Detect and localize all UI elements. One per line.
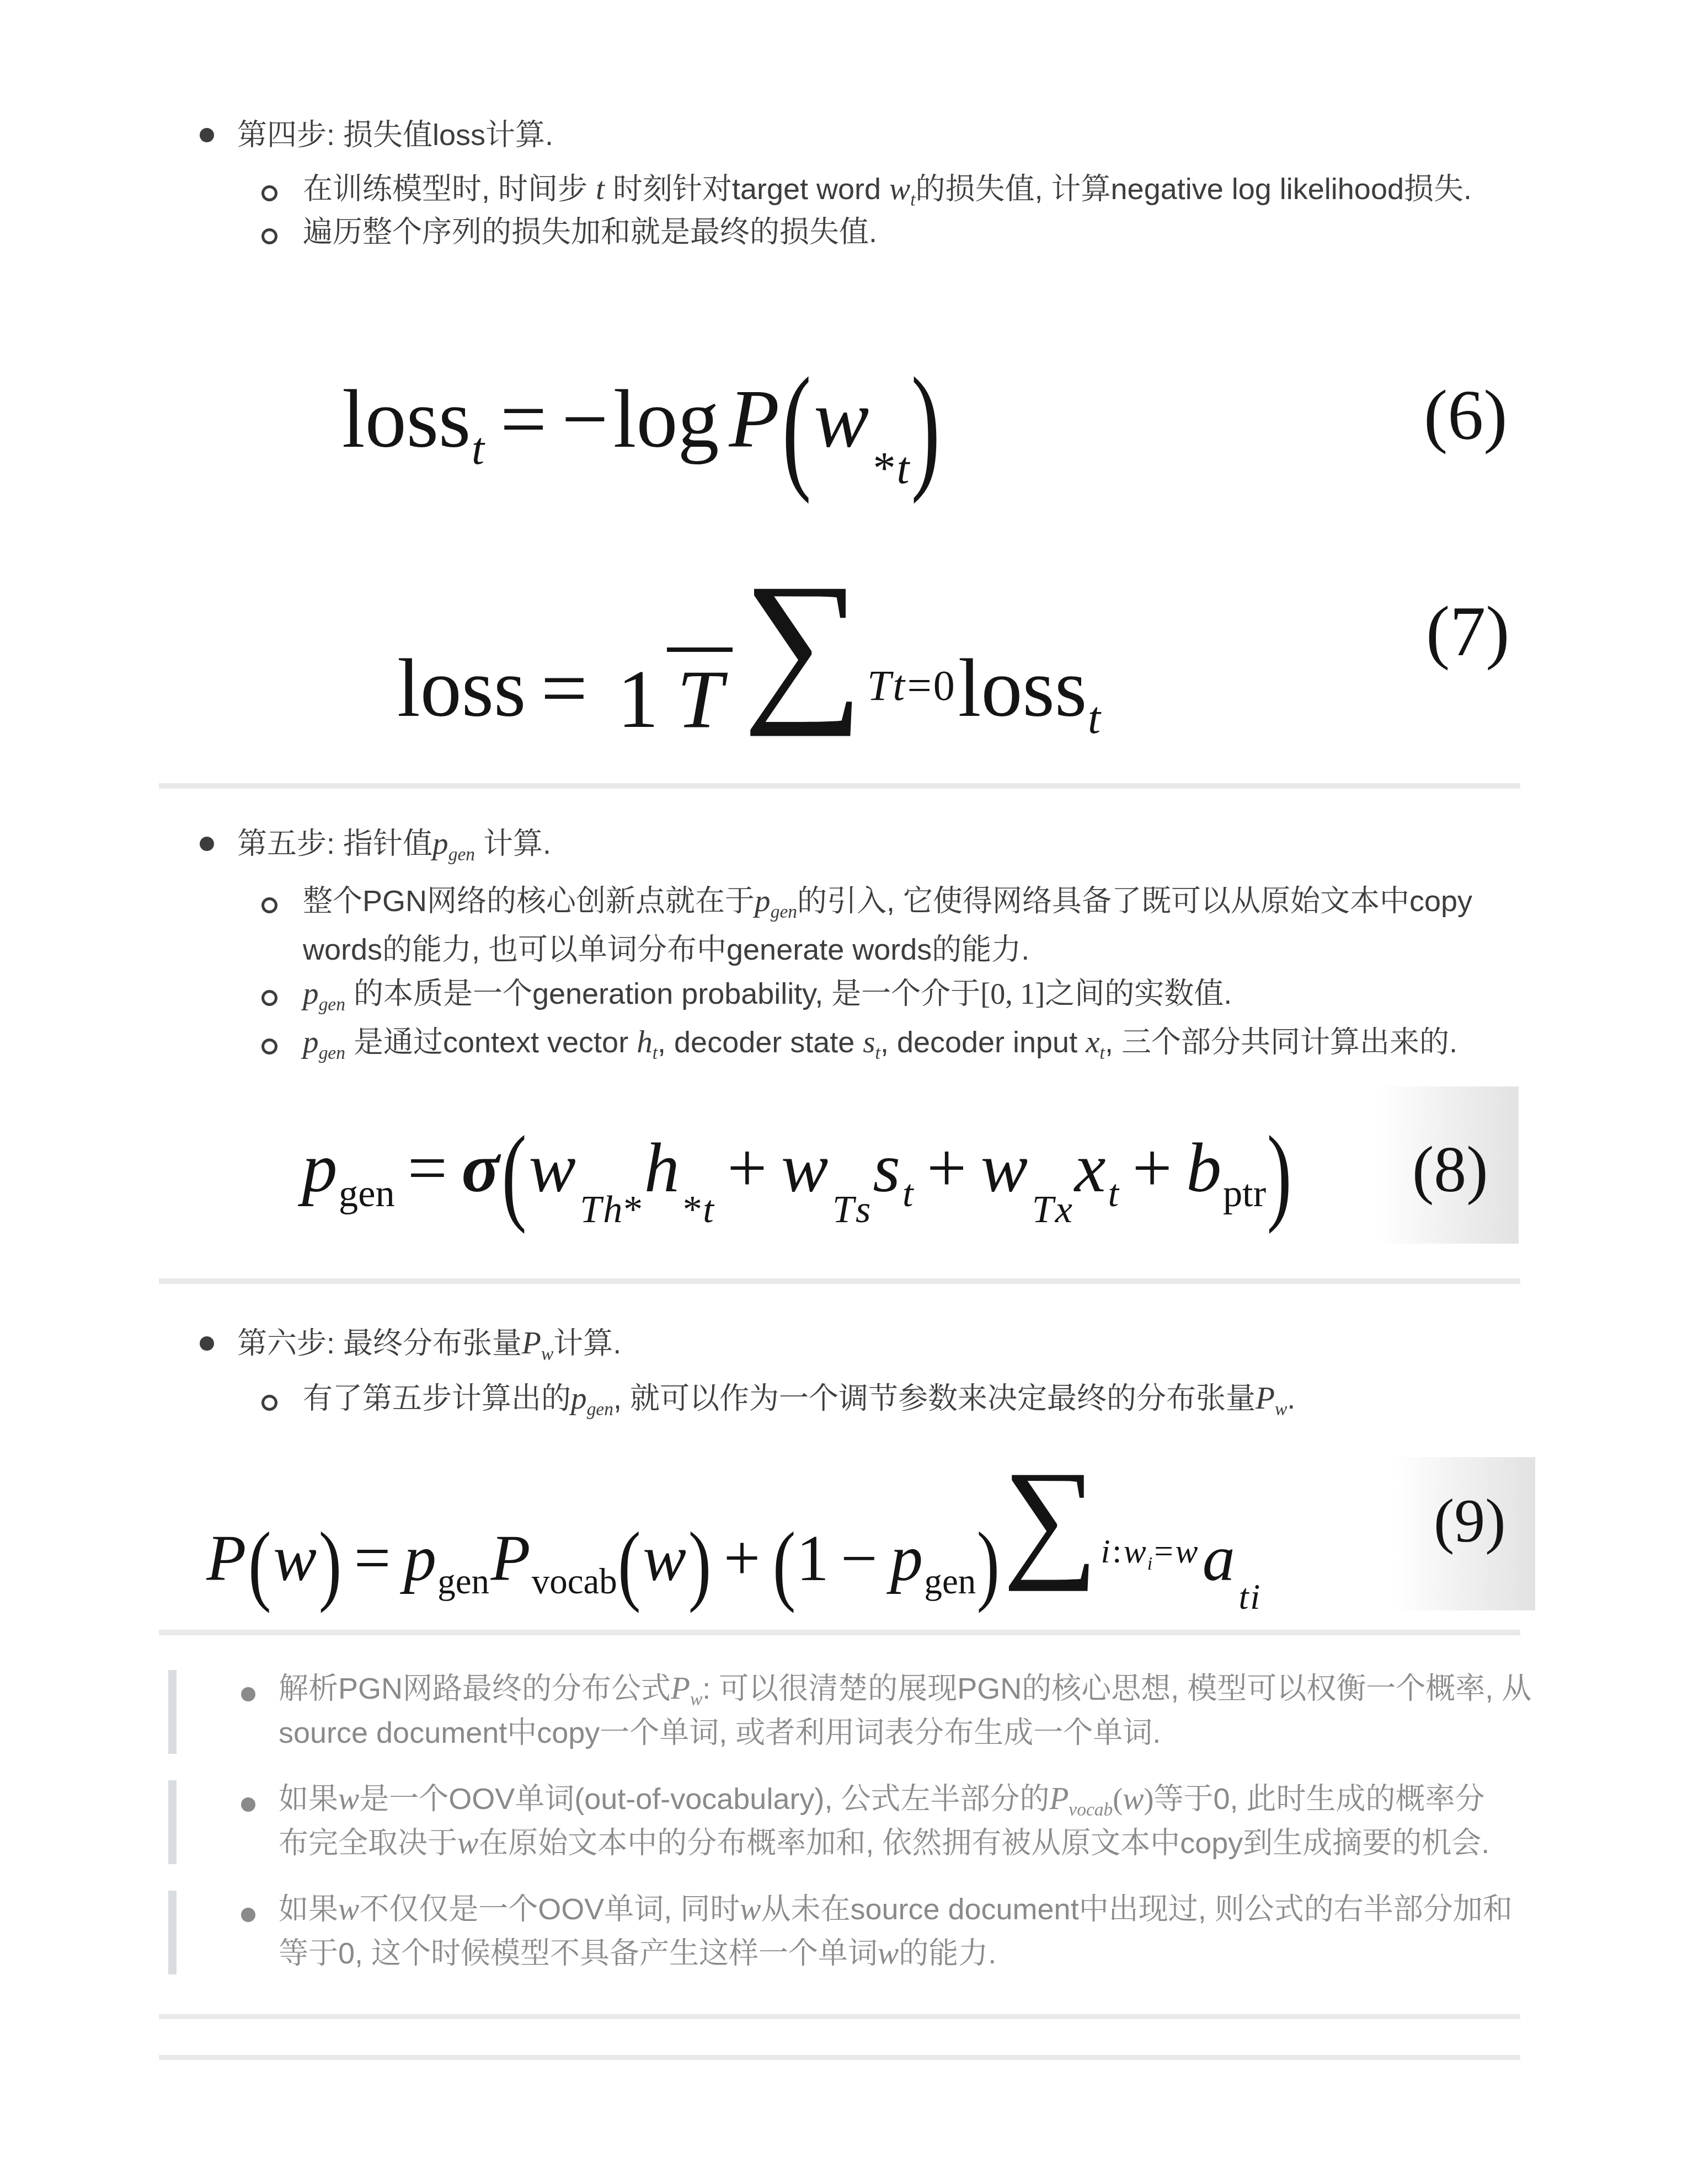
text-run: ( <box>1113 1782 1123 1816</box>
text-run: w <box>1175 1535 1198 1569</box>
circle-bullet-icon <box>261 185 277 201</box>
text-run: T <box>832 1190 854 1229</box>
circle-bullet-icon <box>261 897 277 913</box>
text-run: w <box>781 1109 828 1227</box>
text-run: 等于0, 此时生成的概率分 <box>1153 1782 1484 1816</box>
scripted-term: wi <box>1123 1535 1153 1573</box>
stretched-paren: ) <box>687 1520 712 1610</box>
text-run: 解析PGN网路最终的分布公式 <box>279 1672 671 1705</box>
text-run: t <box>703 1190 714 1229</box>
summation: ∑i:wi=w <box>1003 1462 1199 1668</box>
text-run: t=0 <box>892 664 955 707</box>
text-run: 1 <box>617 652 659 747</box>
text-run: T <box>832 1190 855 1229</box>
scripted-term: ati <box>1201 1500 1260 1662</box>
text-run: + <box>927 1109 966 1227</box>
text-run: gen <box>437 1562 489 1602</box>
bullet-icon <box>200 1336 214 1351</box>
divider <box>159 2055 1520 2060</box>
text-run: 1 <box>609 652 667 747</box>
text-run: vocab <box>532 1523 617 1640</box>
text-run: 的引入, 它使得网络具备了既可以从原始文本中copy <box>797 885 1472 918</box>
text-run: 的损失值, 计算negative log likelihood损失. <box>916 173 1472 206</box>
stretched-paren: ( <box>501 1121 527 1229</box>
text-run: 的能力. <box>899 1937 996 1970</box>
text-run: + <box>1133 1109 1172 1227</box>
scripted-term: pgen <box>403 1500 489 1641</box>
text-run: t <box>893 664 905 707</box>
text-run: T <box>579 1190 602 1229</box>
text-run: 是一个OOV单词(out-of-vocabulary), 公式左半部分的 <box>359 1782 1049 1816</box>
text-run: 1 <box>797 1500 829 1617</box>
text-run: ptr <box>1223 1134 1266 1252</box>
text-run: 等于0, 这个时候模型不具备产生这样一个单词 <box>279 1937 878 1970</box>
text-run: x <box>1086 1025 1099 1059</box>
text-run: Ts <box>832 1190 872 1280</box>
text-run: gen <box>437 1523 489 1640</box>
text-run: . <box>1287 1382 1295 1415</box>
text-run: w <box>541 1344 553 1364</box>
text-run: , decoder input <box>880 1026 1086 1059</box>
text-run: gen <box>587 1399 613 1420</box>
text-run: i <box>1147 1555 1152 1573</box>
text-run: = <box>354 1500 391 1617</box>
text-run: gen <box>771 902 797 922</box>
text-run: s <box>855 1190 872 1229</box>
text-run: w <box>1124 1535 1146 1569</box>
scripted-term: wTs <box>780 1109 872 1280</box>
text-run: 计算. <box>553 1327 621 1360</box>
equation-8-number: (8) <box>1412 1137 1488 1202</box>
text-run: 计算. <box>475 827 551 860</box>
text-run: − <box>841 1500 878 1617</box>
text-run: 第五步: 指针值 <box>237 827 432 860</box>
text-run: T <box>866 664 891 707</box>
text-run: log <box>613 358 719 480</box>
text-run: T <box>677 652 723 747</box>
text-run: i <box>1101 1535 1110 1569</box>
text-run: 有了第五步计算出的 <box>303 1382 571 1415</box>
text-run: 第六步: 最终分布张量 <box>237 1327 522 1360</box>
text-run: t <box>1088 654 1101 781</box>
text-run: h <box>644 1109 680 1227</box>
equation-8: pgen=σ(wTh*h*t+wTsst+wTxxt+bptr) <box>301 1109 1292 1227</box>
text-run: loss <box>342 358 471 480</box>
step4-sub2: 遍历整个序列的损失加和就是最终的损失值. <box>303 210 877 254</box>
text-run: w <box>878 1936 899 1971</box>
text-run: 第四步: 损失值loss计算. <box>237 119 553 152</box>
quote3-line2: 等于0, 这个时候模型不具备产生这样一个单词w的能力. <box>279 1931 996 1976</box>
text-run: : 可以很清楚的展现PGN的核心思想, 模型可以权衡一个概率, 从 <box>702 1672 1531 1705</box>
blockquote-bar <box>168 1891 177 1974</box>
text-run: 如果 <box>279 1782 338 1816</box>
text-run: t <box>1100 1043 1105 1063</box>
circle-bullet-icon <box>261 228 277 244</box>
text-run: * <box>873 445 895 491</box>
text-run: T <box>1031 1190 1054 1229</box>
text-run: b <box>1186 1109 1221 1227</box>
text-run: p <box>571 1381 587 1416</box>
text-run: p <box>890 1500 923 1617</box>
text-run: P <box>729 358 780 480</box>
text-run: *t <box>873 445 910 550</box>
text-run: w <box>529 1109 576 1227</box>
equation-7: loss=1T∑Tt=0losst <box>397 571 1101 698</box>
text-run: w <box>1275 1399 1287 1420</box>
text-run: [0, 1] <box>980 977 1045 1010</box>
text-run: , 三个部分共同计算出来的. <box>1105 1026 1457 1059</box>
scripted-term: losst <box>958 625 1102 781</box>
fraction: 1T <box>609 647 733 747</box>
text-run: t <box>896 445 909 491</box>
bullet-icon <box>241 1797 255 1812</box>
stretched-paren: ( <box>248 1520 272 1610</box>
text-run: gen <box>339 1172 395 1215</box>
text-run: gen <box>924 1562 976 1602</box>
text-run: p <box>303 976 319 1011</box>
text-run: p <box>404 1500 436 1617</box>
document-page: 第四步: 损失值loss计算. 在训练模型时, 时间步 t 时刻针对target… <box>0 0 1688 2184</box>
text-run: σ <box>462 1109 500 1227</box>
text-run: t <box>875 1043 880 1063</box>
text-run: w <box>889 172 910 206</box>
bullet-icon <box>241 1908 255 1922</box>
text-run: = <box>541 625 587 752</box>
text-run: w <box>740 1892 761 1926</box>
text-run: p <box>755 884 771 918</box>
text-run: 在原始文本中的分布概率加和, 依然拥有被从原文本中copy到生成摘要的机会. <box>478 1827 1489 1860</box>
text-run: h* <box>602 1190 643 1229</box>
text-run: − <box>562 358 608 480</box>
step5-sub2: pgen 的本质是一个generation probability, 是一个介于… <box>303 972 1232 1027</box>
scripted-term: st <box>872 1109 914 1252</box>
text-run: , 就可以作为一个调节参数来决定最终的分布张量 <box>613 1382 1256 1415</box>
text-run: vocab <box>532 1562 617 1602</box>
stretched-paren: ( <box>781 357 812 497</box>
text-run: 时刻针对target word <box>605 173 889 206</box>
text-run: , decoder state <box>658 1026 863 1059</box>
text-run: i <box>1250 1580 1260 1615</box>
text-run: t <box>1107 1172 1119 1215</box>
circle-bullet-icon <box>261 1039 277 1054</box>
text-run: t <box>902 1134 914 1252</box>
text-run: P <box>1256 1381 1275 1416</box>
stretched-paren: ) <box>910 357 941 497</box>
stretched-paren: ) <box>976 1520 1000 1610</box>
equation-6-number: (6) <box>1424 379 1508 451</box>
scripted-term: wTh* <box>527 1109 643 1280</box>
bullet-icon <box>241 1687 255 1701</box>
text-run: i:wi=w <box>1100 1535 1198 1668</box>
text-run: w <box>643 1500 686 1617</box>
text-run: t <box>471 423 485 474</box>
text-run: t <box>1108 1134 1119 1252</box>
text-run: P <box>671 1671 690 1706</box>
text-run: T <box>1032 1190 1054 1229</box>
text-run: Tt=0 <box>866 664 954 823</box>
text-run: t <box>1087 692 1101 743</box>
scripted-term: Pvocab <box>489 1500 617 1641</box>
step6-sub1: 有了第五步计算出的pgen, 就可以作为一个调节参数来决定最终的分布张量Pw. <box>303 1377 1295 1432</box>
text-run: 0 <box>933 664 955 707</box>
text-run: * <box>873 445 895 491</box>
text-run: w <box>814 358 869 480</box>
text-run: w <box>1123 1781 1144 1816</box>
text-run: w <box>457 1826 478 1860</box>
text-run: x <box>1055 1190 1072 1229</box>
text-run: 从未在source document中出现过, 则公式的右半部分加和 <box>761 1893 1512 1926</box>
text-run: t <box>653 1043 658 1063</box>
scripted-term: losst <box>342 358 485 509</box>
text-run: ptr <box>1223 1172 1266 1215</box>
text-run: 的本质是一个generation probability, 是一个介于 <box>345 977 980 1010</box>
text-run: gen <box>319 1043 345 1063</box>
text-run: t <box>472 388 484 509</box>
text-run: p <box>302 1109 338 1227</box>
text-run: t <box>910 190 915 210</box>
equation-9-number: (9) <box>1434 1490 1506 1552</box>
text-run: p <box>303 1025 319 1059</box>
text-run: T <box>867 664 891 707</box>
text-run: w <box>981 1109 1028 1227</box>
text-run: t <box>896 445 910 491</box>
text-run: t <box>596 172 605 206</box>
text-run: i <box>1249 1580 1261 1615</box>
text-run: s <box>863 1025 875 1059</box>
text-run: ) <box>1144 1782 1153 1816</box>
text-run: * <box>683 1190 702 1229</box>
text-run: P <box>490 1500 530 1617</box>
text-run: P <box>522 1326 541 1361</box>
text-run: Tx <box>1031 1190 1073 1280</box>
text-run: P <box>1049 1781 1069 1816</box>
text-run: * <box>623 1190 643 1229</box>
step6-title: 第六步: 最终分布张量Pw计算. <box>237 1321 621 1377</box>
text-run: 是通过context vector <box>345 1026 637 1059</box>
text-run: ∑ <box>1003 1462 1098 1575</box>
text-run: w <box>690 1689 702 1710</box>
text-run: i:wi=w <box>1100 1535 1198 1573</box>
divider <box>159 1278 1520 1284</box>
scripted-term: pgen <box>889 1500 976 1641</box>
step5-sub1-line2: words的能力, 也可以单词分布中generate words的能力. <box>303 928 1029 972</box>
text-run: ∑ <box>742 571 863 715</box>
text-run: 如果 <box>279 1893 338 1926</box>
text-run: * <box>683 1190 702 1229</box>
text-run: w <box>273 1500 317 1617</box>
text-run: w <box>338 1892 359 1926</box>
text-run: + <box>724 1500 761 1617</box>
stretched-paren: ( <box>772 1520 797 1610</box>
text-run: source document中copy一个单词, 或者利用词表分布生成一个单词… <box>279 1716 1161 1749</box>
text-run: gen <box>319 994 345 1015</box>
text-run: 不仅仅是一个OOV单词, 同时 <box>359 1893 740 1926</box>
text-run: 整个PGN网络的核心创新点就在于 <box>303 885 755 918</box>
scripted-term: w*t <box>812 358 910 550</box>
text-run: gen <box>339 1134 395 1252</box>
text-run: t <box>902 1172 914 1215</box>
circle-bullet-icon <box>261 1395 277 1411</box>
text-run: T <box>667 647 733 747</box>
text-run: = <box>907 664 932 707</box>
step5-sub3: pgen 是通过context vector ht, decoder state… <box>303 1020 1457 1075</box>
scripted-term: bptr <box>1185 1109 1266 1252</box>
text-run: = <box>1154 1535 1173 1569</box>
text-run: t <box>702 1190 714 1229</box>
text-run: 遍历整个序列的损失加和就是最终的损失值. <box>303 216 877 249</box>
equation-6: losst=−logP(w*t) <box>342 358 941 480</box>
quote1-line2: source document中copy一个单词, 或者利用词表分布生成一个单词… <box>279 1711 1161 1755</box>
blockquote-bar <box>168 1780 177 1864</box>
text-run: loss <box>958 625 1087 752</box>
divider <box>159 1630 1520 1635</box>
text-run: gen <box>448 844 475 865</box>
text-run: t <box>1239 1580 1249 1615</box>
scripted-term: pgen <box>301 1109 395 1252</box>
text-run: i <box>1147 1554 1153 1574</box>
text-run: = <box>500 358 547 480</box>
text-run: t <box>1238 1580 1249 1615</box>
text-run: x <box>1054 1190 1073 1229</box>
text-run: p <box>432 826 448 861</box>
text-run: w <box>338 1781 359 1816</box>
text-run: vocab <box>1069 1800 1113 1820</box>
text-run: Th* <box>579 1190 643 1280</box>
text-run: ti <box>1238 1580 1260 1662</box>
quote3-line1: 如果w不仅仅是一个OOV单词, 同时w从未在source document中出现… <box>279 1887 1513 1931</box>
text-run: loss <box>397 625 526 752</box>
text-run: P <box>206 1500 246 1617</box>
text-run: s <box>873 1109 900 1227</box>
text-run: h <box>637 1025 653 1059</box>
text-run: x <box>1075 1109 1106 1227</box>
stretched-paren: ) <box>318 1520 342 1610</box>
text-run: T <box>580 1190 601 1229</box>
text-run: s <box>856 1190 870 1229</box>
bullet-icon <box>200 837 214 851</box>
quote2-line2: 布完全取决于w在原始文本中的分布概率加和, 依然拥有被从原文本中copy到生成摘… <box>279 1821 1489 1865</box>
text-run: *t <box>683 1190 715 1280</box>
scripted-term: xt <box>1073 1109 1119 1252</box>
stretched-paren: ( <box>617 1520 642 1610</box>
text-run: 在训练模型时, 时间步 <box>303 173 596 206</box>
text-run: = <box>408 1109 447 1227</box>
step5-title: 第五步: 指针值pgen 计算. <box>237 822 551 877</box>
bullet-icon <box>200 128 214 142</box>
divider <box>159 2014 1520 2019</box>
text-run: a <box>1203 1500 1235 1617</box>
divider <box>159 783 1520 789</box>
step4-title: 第四步: 损失值loss计算. <box>237 113 553 157</box>
circle-bullet-icon <box>261 990 277 1006</box>
text-run: 之间的实数值. <box>1045 977 1232 1010</box>
text-run: gen <box>924 1523 976 1640</box>
text-run: : <box>1112 1535 1121 1569</box>
equation-9: P(w)=pgenPvocab(w)+(1−pgen)∑i:wi=wati <box>205 1462 1261 1578</box>
text-run: 布完全取决于 <box>279 1827 457 1860</box>
scripted-term: h*t <box>643 1109 714 1280</box>
text-run: words的能力, 也可以单词分布中generate words的能力. <box>303 933 1029 966</box>
text-run: + <box>727 1109 767 1227</box>
equation-7-number: (7) <box>1426 596 1510 667</box>
step5-sub1-line1: 整个PGN网络的核心创新点就在于pgen的引入, 它使得网络具备了既可以从原始文… <box>303 879 1472 934</box>
blockquote-bar <box>168 1670 177 1754</box>
text-run: h <box>603 1190 622 1229</box>
stretched-paren: ) <box>1266 1121 1292 1229</box>
scripted-term: wTx <box>979 1109 1073 1280</box>
